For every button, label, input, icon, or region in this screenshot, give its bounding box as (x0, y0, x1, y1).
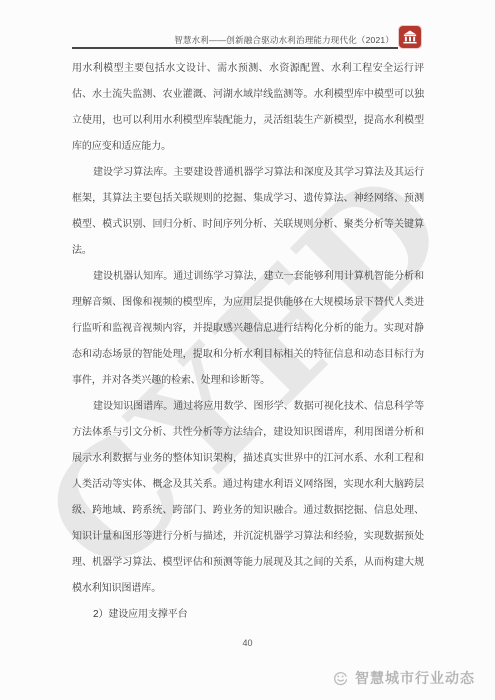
page-header: 智慧水利——创新融合驱动水利治理能力现代化（2021） (72, 26, 421, 48)
section-heading: 2）建设应用支撑平台 (72, 602, 424, 628)
footer-brand-label: 智慧城市行业动态 (355, 668, 475, 688)
paragraph: 建设知识图谱库。通过将应用数学、图形学、数据可视化技术、信息科学等方法体系与引文… (72, 394, 424, 602)
classical-building-icon (399, 26, 421, 48)
body-text-block: 用水利模型主要包括水文设计、需水预测、水资源配置、水利工程安全运行评估、水土流失… (72, 56, 424, 628)
page-number: 40 (0, 638, 495, 648)
paragraph: 建设学习算法库。主要建设普通机器学习算法和深度及其学习算法及其运行框架，其算法主… (72, 160, 424, 264)
paragraph: 建设机器认知库。通过训练学习算法，建立一套能够利用计算机智能分析和理解音频、图像… (72, 264, 424, 394)
running-head-title: 智慧水利——创新融合驱动水利治理能力现代化（2021） (174, 30, 394, 45)
footer-brand: 智慧城市行业动态 (332, 668, 475, 688)
smiley-swirl-icon (332, 670, 349, 687)
document-page: CYFD 智慧水利——创新融合驱动水利治理能力现代化（2021） 用水利模型主要… (0, 0, 495, 700)
paragraph: 用水利模型主要包括水文设计、需水预测、水资源配置、水利工程安全运行评估、水土流失… (72, 56, 424, 160)
header-rule (72, 47, 398, 49)
